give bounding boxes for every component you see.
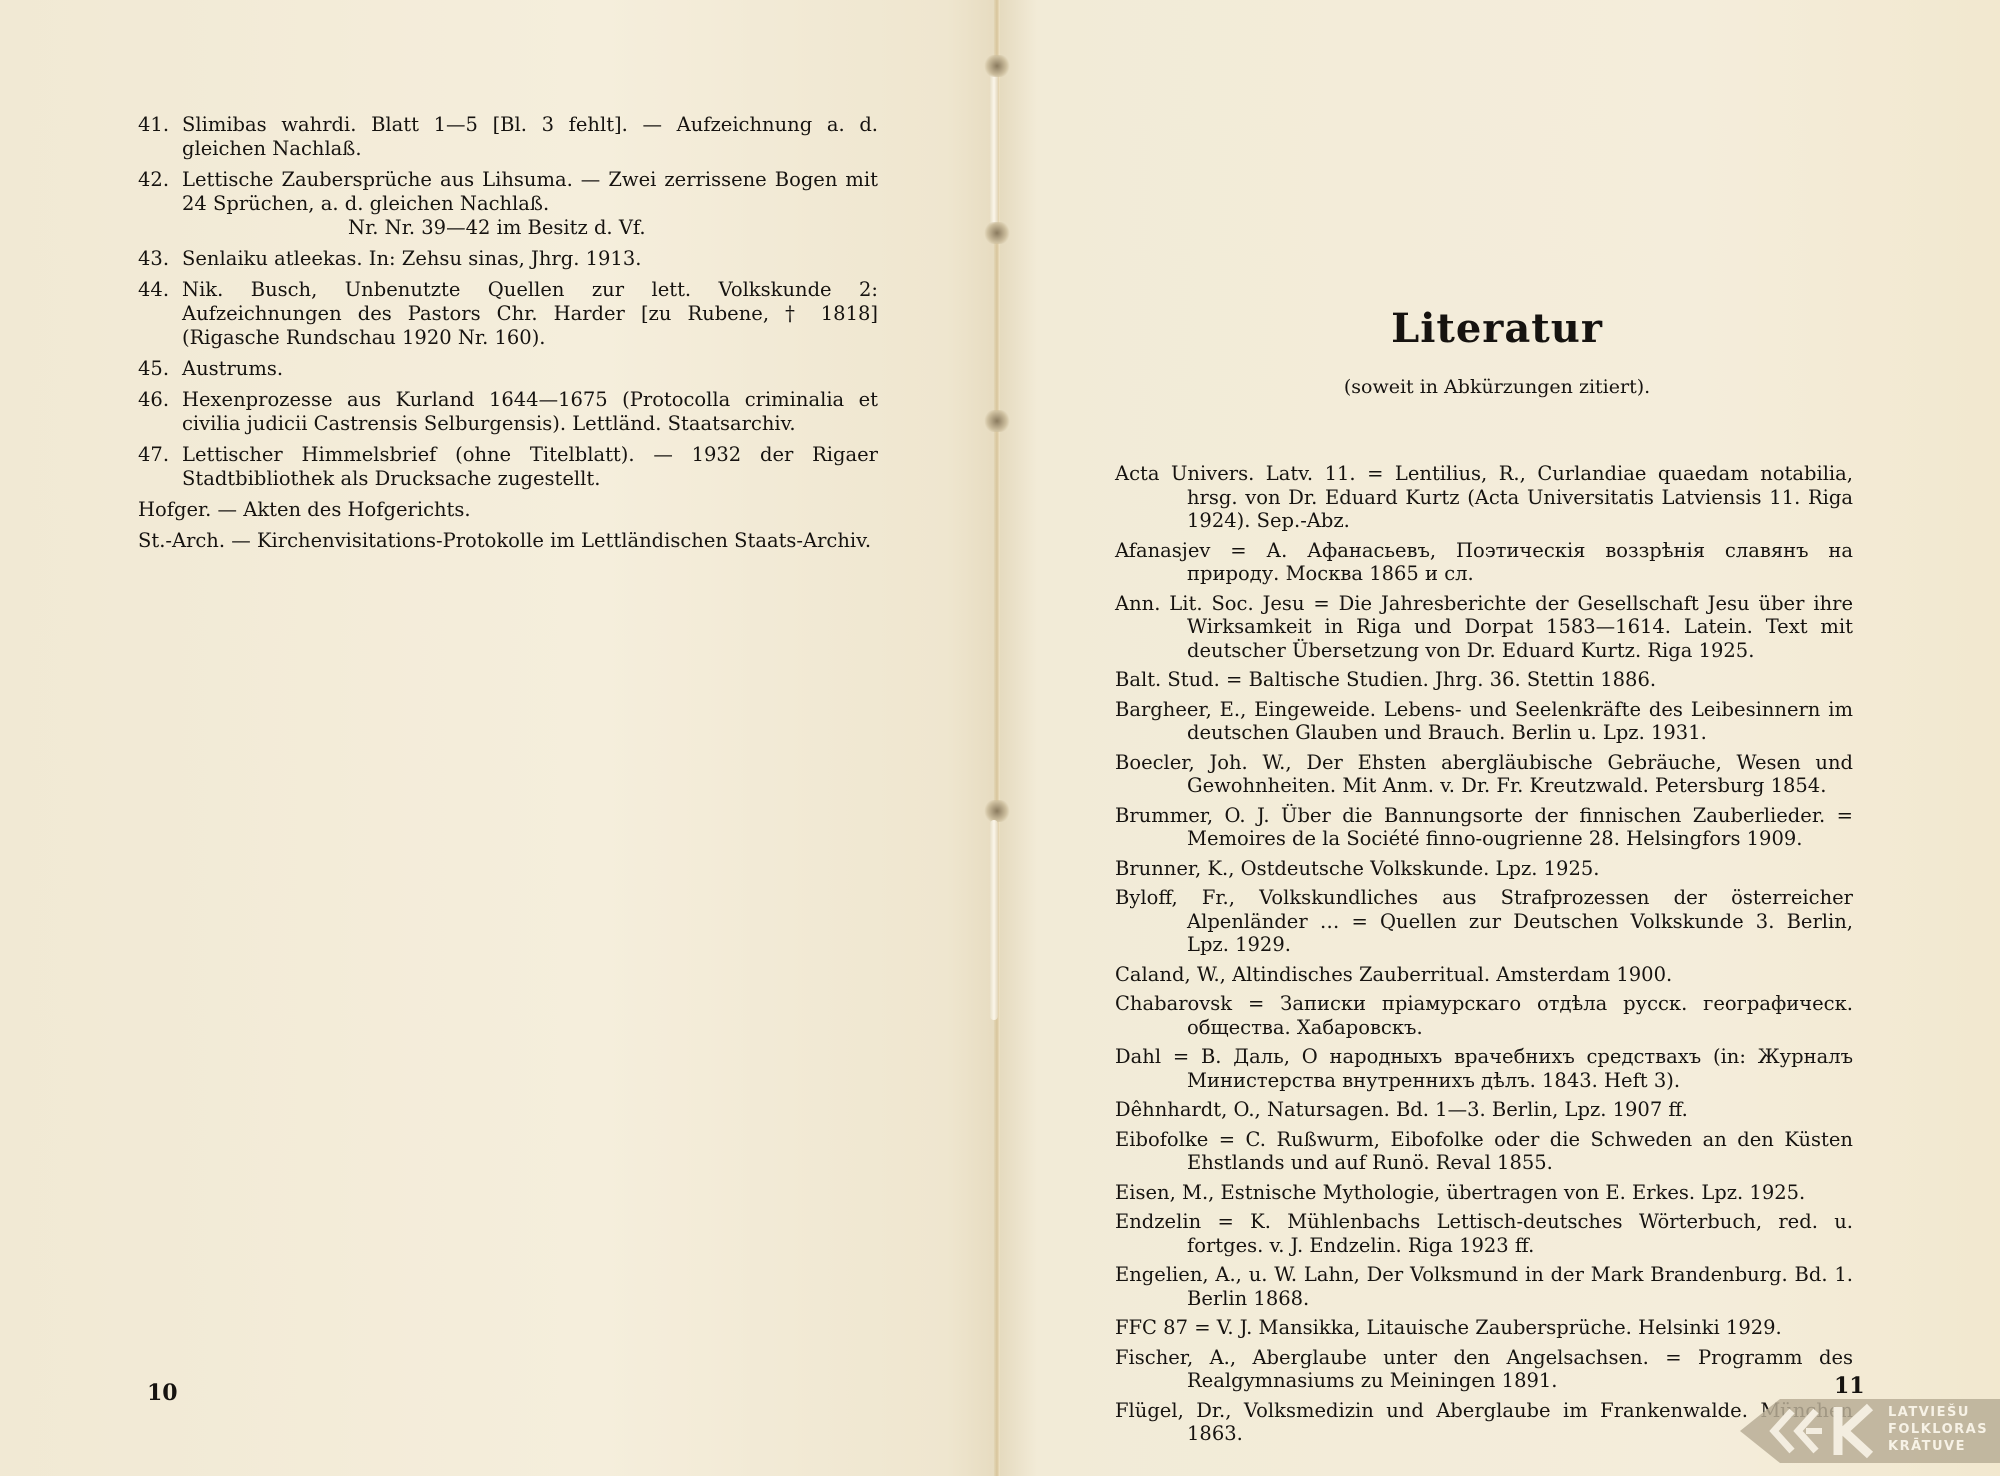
entry-text: Hexenprozesse aus Kurland 1644—1675 (Pro…: [138, 388, 878, 436]
entry-number: 45.: [138, 357, 169, 381]
entry-number: 46.: [138, 388, 169, 412]
entry-text: Nik. Busch, Unbenutzte Quellen zur lett.…: [138, 278, 878, 350]
archive-watermark: LATVIEŠU FOLKLORAS KRĀTUVE: [1740, 1393, 2000, 1467]
bib-entry: Eibofolke = C. Rußwurm, Eibofolke oder d…: [1115, 1128, 1853, 1175]
entry-number: 47.: [138, 443, 169, 467]
right-page: Literatur (soweit in Abkürzungen zitiert…: [997, 0, 2000, 1476]
bib-entry: Acta Univers. Latv. 11. = Lentilius, R.,…: [1115, 462, 1853, 533]
entry-text: Lettische Zaubersprüche aus Lihsuma. — Z…: [138, 168, 878, 216]
left-page: 41. Slimibas wahrdi. Blatt 1—5 [Bl. 3 fe…: [0, 0, 997, 1476]
entry-number: 44.: [138, 278, 169, 302]
bib-entry: Balt. Stud. = Baltische Studien. Jhrg. 3…: [1115, 668, 1853, 692]
watermark-text: LATVIEŠU FOLKLORAS KRĀTUVE: [1888, 1404, 1998, 1455]
section-subtitle: (soweit in Abkürzungen zitiert).: [1117, 376, 1877, 398]
binding-stitch: [984, 410, 1010, 432]
binding-stitch: [984, 800, 1010, 822]
abbreviation-text: Hofger. — Akten des Hofgerichts.: [138, 498, 878, 522]
bib-entry: FFC 87 = V. J. Mansikka, Litauische Zaub…: [1115, 1316, 1853, 1340]
bib-entry: Fischer, A., Aberglaube unter den Angels…: [1115, 1346, 1853, 1393]
section-title: Literatur: [1117, 305, 1877, 352]
bibliography-list: Acta Univers. Latv. 11. = Lentilius, R.,…: [1115, 462, 1853, 1452]
source-entry-42: 42. Lettische Zaubersprüche aus Lihsuma.…: [138, 168, 878, 240]
entry-text: Lettischer Himmelsbrief (ohne Titelblatt…: [138, 443, 878, 491]
bib-entry: Eisen, M., Estnische Mythologie, übertra…: [1115, 1181, 1853, 1205]
entry-text: Austrums.: [138, 357, 878, 381]
bib-entry: Chabarovsk = Записки пріамурскаго отдѣла…: [1115, 992, 1853, 1039]
abbreviation-hofger: Hofger. — Akten des Hofgerichts.: [138, 498, 878, 522]
binding-thread: [990, 820, 998, 1020]
binding-stitch: [984, 55, 1010, 77]
manuscript-source-list: 41. Slimibas wahrdi. Blatt 1—5 [Bl. 3 fe…: [138, 113, 878, 560]
bib-entry: Dahl = В. Даль, О народныхъ врачебнихъ с…: [1115, 1045, 1853, 1092]
source-entry-45: 45. Austrums.: [138, 357, 878, 381]
binding-stitch: [984, 222, 1010, 244]
source-entry-43: 43. Senlaiku atleekas. In: Zehsu sinas, …: [138, 247, 878, 271]
entry-note: Nr. Nr. 39—42 im Besitz d. Vf.: [138, 216, 878, 240]
entry-number: 43.: [138, 247, 169, 271]
bib-entry: Afanasjev = А. Афанасьевъ, Поэтическія в…: [1115, 539, 1853, 586]
entry-number: 41.: [138, 113, 169, 137]
source-entry-46: 46. Hexenprozesse aus Kurland 1644—1675 …: [138, 388, 878, 436]
source-entry-47: 47. Lettischer Himmelsbrief (ohne Titelb…: [138, 443, 878, 491]
abbreviation-text: St.-Arch. — Kirchenvisitations-Protokoll…: [138, 529, 878, 553]
bib-entry: Caland, W., Altindisches Zauberritual. A…: [1115, 963, 1853, 987]
bib-entry: Engelien, A., u. W. Lahn, Der Volksmund …: [1115, 1263, 1853, 1310]
entry-text: Senlaiku atleekas. In: Zehsu sinas, Jhrg…: [138, 247, 878, 271]
bib-entry: Bargheer, E., Eingeweide. Lebens- und Se…: [1115, 698, 1853, 745]
bib-entry: Brummer, O. J. Über die Bannungsorte der…: [1115, 804, 1853, 851]
bib-entry: Boecler, Joh. W., Der Ehsten abergläubis…: [1115, 751, 1853, 798]
abbreviation-st-arch: St.-Arch. — Kirchenvisitations-Protokoll…: [138, 529, 878, 553]
entry-number: 42.: [138, 168, 169, 192]
entry-text: Slimibas wahrdi. Blatt 1—5 [Bl. 3 fehlt]…: [138, 113, 878, 161]
bib-entry: Byloff, Fr., Volkskundliches aus Strafpr…: [1115, 886, 1853, 957]
source-entry-44: 44. Nik. Busch, Unbenutzte Quellen zur l…: [138, 278, 878, 350]
page-number-left: 10: [147, 1380, 178, 1406]
bib-entry: Dêhnhardt, O., Natursagen. Bd. 1—3. Berl…: [1115, 1098, 1853, 1122]
binding-thread: [990, 65, 998, 230]
bib-entry: Brunner, K., Ostdeutsche Volkskunde. Lpz…: [1115, 857, 1853, 881]
source-entry-41: 41. Slimibas wahrdi. Blatt 1—5 [Bl. 3 fe…: [138, 113, 878, 161]
bib-entry: Endzelin = K. Mühlenbachs Lettisch-deuts…: [1115, 1210, 1853, 1257]
bib-entry: Ann. Lit. Soc. Jesu = Die Jahresberichte…: [1115, 592, 1853, 663]
